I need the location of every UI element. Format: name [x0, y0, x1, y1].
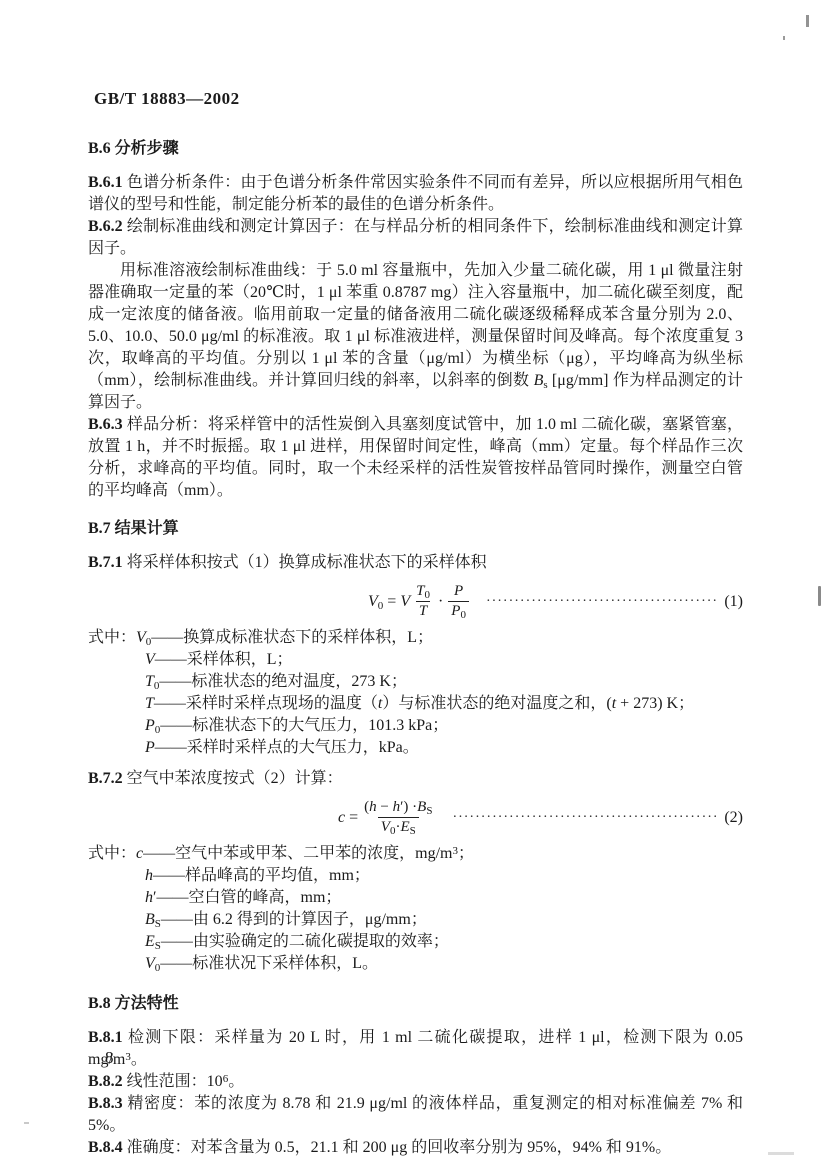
paragraph-b63: B.6.3 样品分析：将采样管中的活性炭倒入具塞刻度试管中，加 1.0 ml 二… — [88, 414, 743, 502]
paragraph-b84: B.8.4 准确度：对苯含量为 0.5，21.1 和 200 μg 的回收率分别… — [88, 1137, 743, 1159]
formula-2-fraction: (h − h′) ·BS V0·ES — [361, 798, 435, 837]
formula-2-number: (2) — [724, 808, 743, 828]
scan-artifact — [783, 36, 785, 40]
scan-artifact — [806, 15, 809, 27]
formula-1-number: (1) — [724, 592, 743, 612]
paragraph-b71: B.7.1 将采样体积按式（1）换算成标准状态下的采样体积 — [88, 552, 743, 574]
paragraph-b62-standard-curve: 用标准溶液绘制标准曲线：于 5.0 ml 容量瓶中，先加入少量二硫化碳，用 1 … — [88, 260, 743, 414]
section-heading-b7: B.7 结果计算 — [88, 518, 743, 540]
where-item-P: P——采样时采样点的大气压力，kPa。 — [145, 737, 743, 759]
scan-artifact — [768, 1152, 794, 1155]
scan-artifact — [818, 586, 821, 606]
where-item-V: V——采样体积，L； — [145, 649, 743, 671]
page-container: GB/T 18883—2002 B.6 分析步骤 B.6.1 色谱分析条件：由于… — [0, 0, 827, 1170]
paragraph-b83: B.8.3 精密度：苯的浓度为 8.78 和 21.9 μg/ml 的液体样品，… — [88, 1093, 743, 1137]
formula-1-fraction-T: T0 T — [413, 582, 433, 621]
paragraph-b72: B.7.2 空气中苯浓度按式（2）计算： — [88, 768, 743, 790]
where-item-h-prime: h′——空白管的峰高，mm； — [145, 887, 743, 909]
where-label: 式中： — [88, 627, 136, 649]
formula-1-lhs: V0 = V — [368, 592, 410, 612]
section-heading-b8: B.8 方法特性 — [88, 993, 743, 1015]
formula-1: V0 = V T0 T · P P0 ·····················… — [88, 582, 743, 621]
paragraph-b62: B.6.2 绘制标准曲线和测定计算因子：在与样品分析的相同条件下，绘制标准曲线和… — [88, 216, 743, 260]
where-item-c: c——空气中苯或甲苯、二甲苯的浓度，mg/m3； — [136, 843, 474, 865]
page-number: 8 — [105, 1048, 114, 1068]
formula-1-dotted-leader: ········································… — [486, 592, 716, 612]
where-item-h: h——样品峰高的平均值，mm； — [145, 865, 743, 887]
paragraph-b82: B.8.2 线性范围：106。 — [88, 1071, 743, 1093]
document-code: GB/T 18883—2002 — [94, 88, 743, 110]
scan-artifact — [24, 1122, 29, 1124]
where-item-T: T——采样时采样点现场的温度（t）与标准状态的绝对温度之和，(t + 273) … — [145, 693, 743, 715]
where-item-P0: P0——标准状态下的大气压力，101.3 kPa； — [145, 715, 743, 737]
paragraph-b81: B.8.1 检测下限：采样量为 20 L 时，用 1 ml 二硫化碳提取，进样 … — [88, 1027, 743, 1071]
formula-1-multiply-dot: · — [438, 592, 443, 612]
where-item-T0: T0——标准状态的绝对温度，273 K； — [145, 671, 743, 693]
where-label: 式中： — [88, 843, 136, 865]
where-list-1-first-line: 式中： V0——换算成标准状态下的采样体积，L； — [88, 627, 743, 649]
formula-2: c = (h − h′) ·BS V0·ES ·················… — [88, 798, 743, 837]
formula-2-lhs: c = — [338, 808, 358, 828]
where-item-V0: V0——换算成标准状态下的采样体积，L； — [136, 627, 433, 649]
paragraph-b61: B.6.1 色谱分析条件：由于色谱分析条件常因实验条件不同而有差异，所以应根据所… — [88, 172, 743, 216]
formula-1-fraction-P: P P0 — [448, 582, 469, 621]
where-item-V0-standard: V0——标准状况下采样体积，L。 — [145, 953, 743, 975]
section-heading-b6: B.6 分析步骤 — [88, 138, 743, 160]
formula-2-dotted-leader: ········································… — [452, 808, 716, 828]
where-list-2-first-line: 式中： c——空气中苯或甲苯、二甲苯的浓度，mg/m3； — [88, 843, 743, 865]
where-item-Es: ES——由实验确定的二硫化碳提取的效率； — [145, 931, 743, 953]
where-item-Bs: BS——由 6.2 得到的计算因子，μg/mm； — [145, 909, 743, 931]
scanned-standard-page: { "header": { "doc_code": "GB/T 18883—20… — [0, 0, 827, 1170]
